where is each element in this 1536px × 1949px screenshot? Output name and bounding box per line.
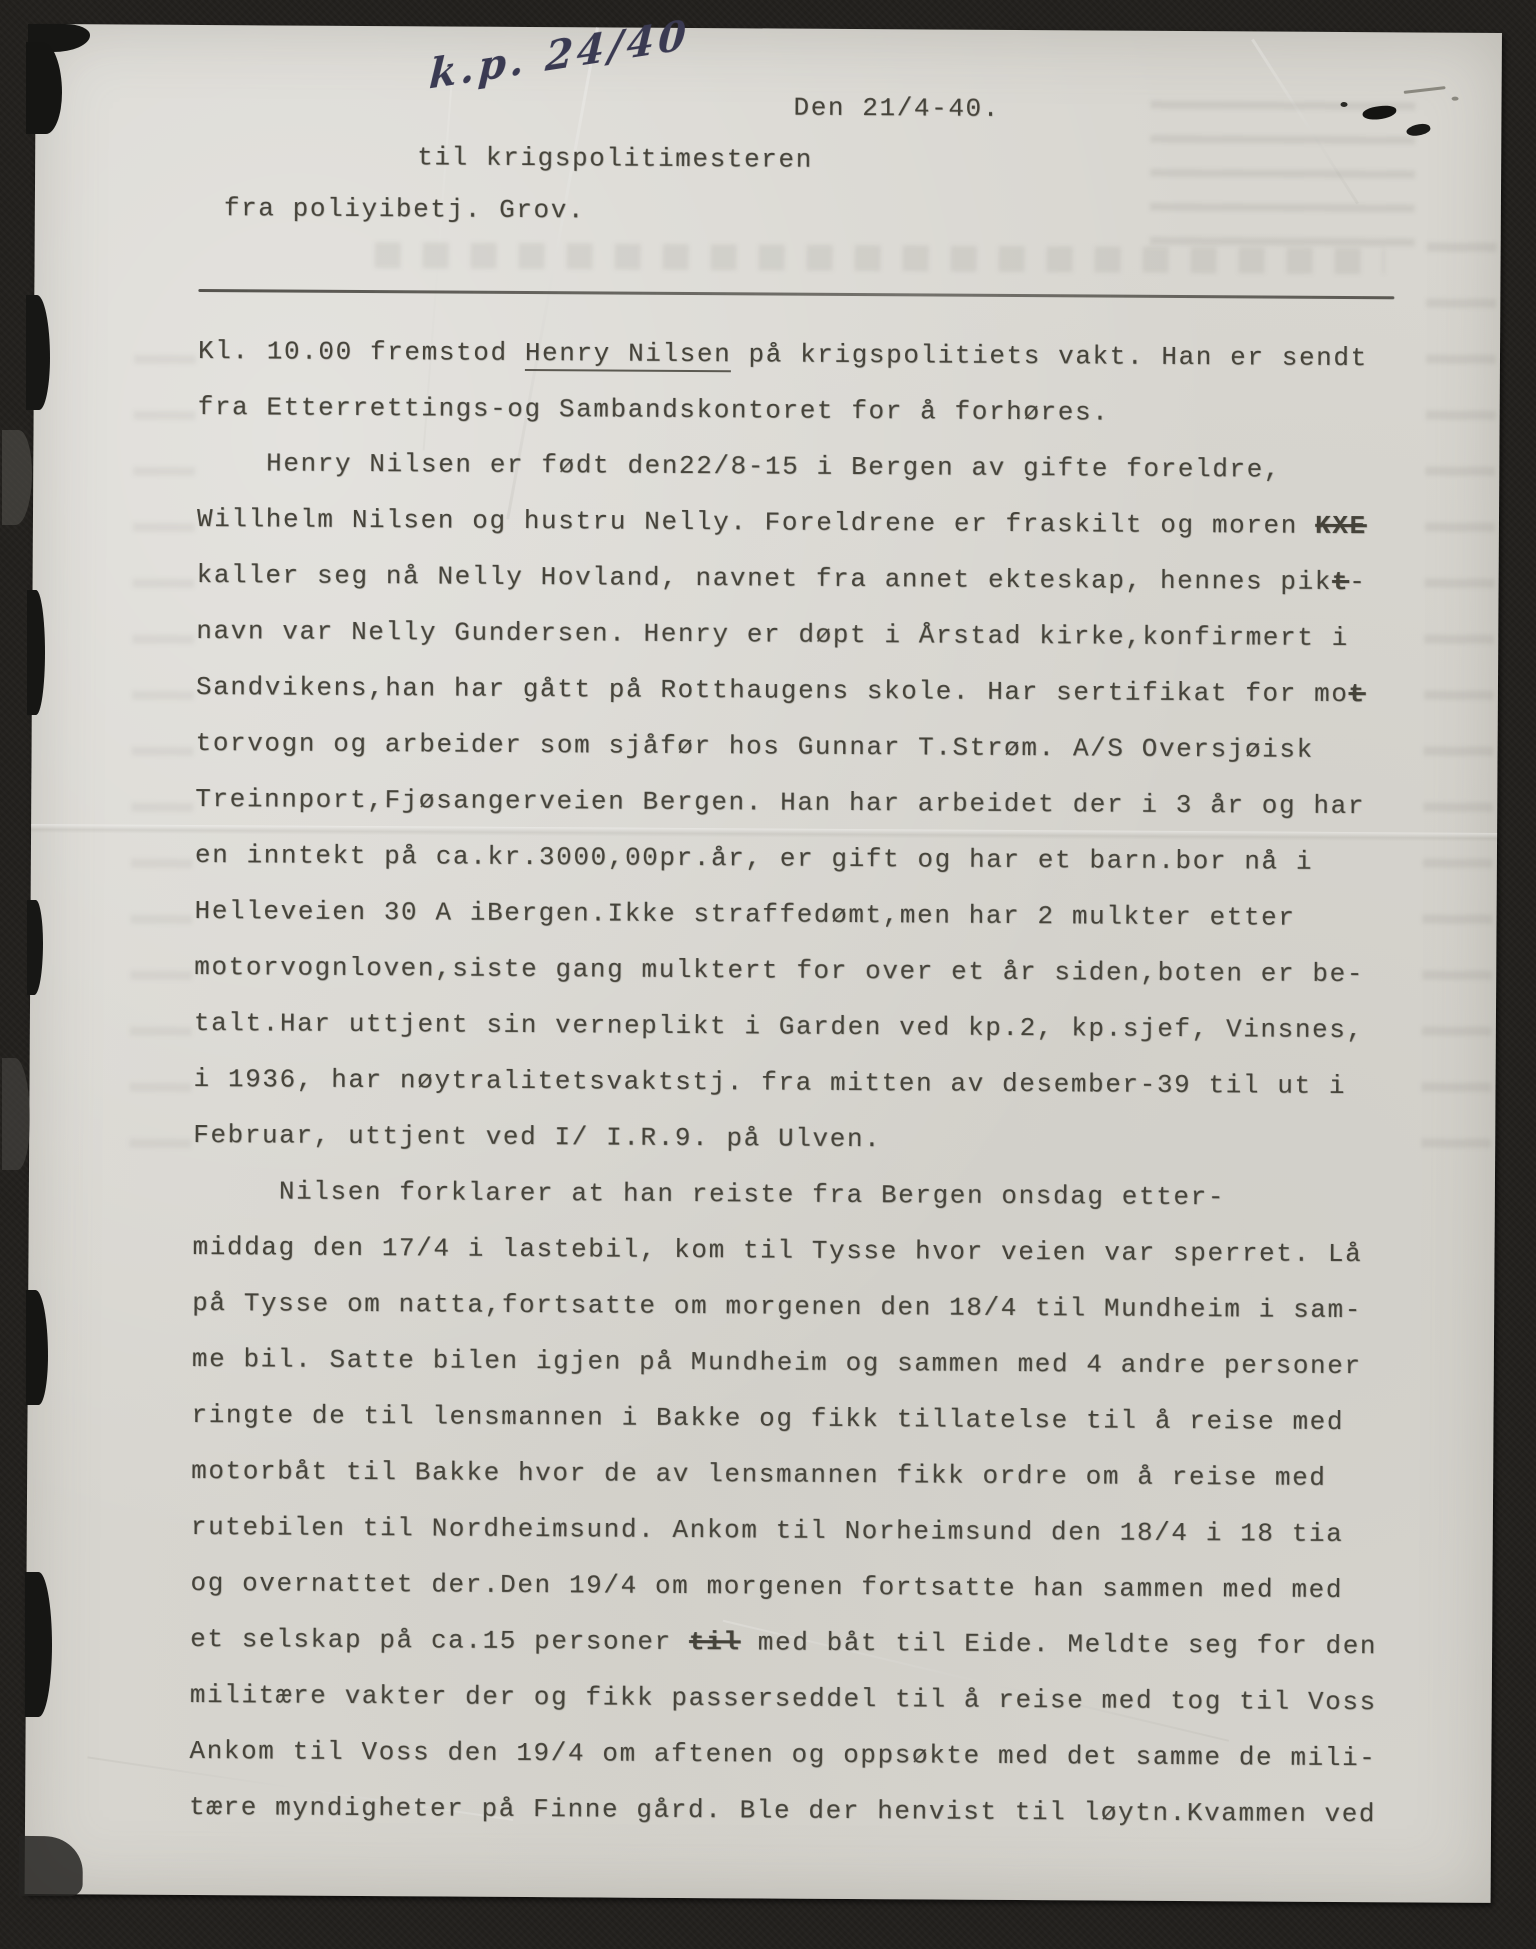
text-segment: en inntekt på ca.kr.3000,00pr.år, er gif… xyxy=(195,840,1313,877)
document-line: Nilsen forklarer at han reiste fra Berge… xyxy=(193,1163,1453,1227)
header-rule xyxy=(198,289,1394,299)
text-segment: tære myndigheter på Finne gård. Ble der … xyxy=(189,1792,1376,1829)
paper-hole xyxy=(1362,105,1397,121)
document-line: Sandvikens,han har gått på Rotthaugens s… xyxy=(196,659,1456,723)
text-segment: Willhelm Nilsen og hustru Nelly. Foreldr… xyxy=(197,504,1315,541)
text-segment: Sandvikens,han har gått på Rotthaugens s… xyxy=(196,672,1349,709)
document-line: Helleveien 30 A iBergen.Ikke straffedømt… xyxy=(194,883,1454,947)
document-page: k.p. 24/40 Den 21/4-40. til krigspolitim… xyxy=(25,24,1502,1903)
document-line: Willhelm Nilsen og hustru Nelly. Foreldr… xyxy=(197,491,1457,555)
text-segment: middag den 17/4 i lastebil, kom til Tyss… xyxy=(192,1232,1362,1269)
struck-text: til xyxy=(689,1627,741,1657)
document-line: et selskap på ca.15 personer til med båt… xyxy=(190,1611,1450,1675)
document-line: Februar, uttjent ved I/ I.R.9. på Ulven. xyxy=(193,1107,1453,1171)
text-segment: motorbåt til Bakke hvor de av lensmannen… xyxy=(191,1456,1327,1493)
document-line: talt.Har uttjent sin verneplikt i Garden… xyxy=(194,995,1454,1059)
document-line: motorvognloven,siste gang mulktert for o… xyxy=(194,939,1454,1003)
document-line: og overnattet der.Den 19/4 om morgenen f… xyxy=(190,1555,1450,1619)
paper-hole xyxy=(1405,122,1431,139)
text-segment: med båt til Eide. Meldte seg for den xyxy=(741,1627,1378,1661)
bleedthrough-smudge xyxy=(1150,101,1416,253)
text-segment: Treinnport,Fjøsangerveien Bergen. Han ha… xyxy=(195,784,1365,821)
document-line: me bil. Satte bilen igjen på Mundheim og… xyxy=(192,1331,1452,1395)
text-segment: talt.Har uttjent sin verneplikt i Garden… xyxy=(194,1008,1364,1045)
document-line: torvogn og arbeider som sjåfør hos Gunna… xyxy=(195,715,1455,779)
text-segment: rutebilen til Nordheimsund. Ankom til No… xyxy=(191,1512,1344,1549)
text-segment: Ankom til Voss den 19/4 om aftenen og op… xyxy=(189,1736,1376,1773)
pencil-mark xyxy=(1404,86,1446,94)
document-body: Kl. 10.00 fremstod Henry Nilsen på krigs… xyxy=(189,323,1458,1843)
text-segment: Henry Nilsen er født den22/8-15 i Bergen… xyxy=(197,448,1281,485)
ink-speck xyxy=(1341,102,1348,107)
recipient-line: til krigspolitimesteren xyxy=(417,142,813,174)
handwritten-journal-number: k.p. 24/40 xyxy=(428,11,691,99)
document-line: kaller seg nå Nelly Hovland, navnet fra … xyxy=(196,547,1456,611)
text-segment: Februar, uttjent ved I/ I.R.9. på Ulven. xyxy=(193,1120,881,1154)
text-segment: Kl. 10.00 fremstod xyxy=(198,336,525,368)
text-segment: fra Etterrettings-og Sambandskontoret fo… xyxy=(198,392,1110,428)
text-segment: på krigspolitiets vakt. Han er sendt xyxy=(731,339,1368,373)
torn-corner-shadow xyxy=(19,1836,83,1896)
pencil-mark xyxy=(1452,97,1459,101)
document-line: Kl. 10.00 fremstod Henry Nilsen på krigs… xyxy=(198,323,1458,387)
document-line: Ankom til Voss den 19/4 om aftenen og op… xyxy=(189,1723,1449,1787)
binder-edge-paper-scrap xyxy=(2,1058,30,1170)
document-line: middag den 17/4 i lastebil, kom til Tyss… xyxy=(192,1219,1452,1283)
text-segment: et selskap på ca.15 personer xyxy=(190,1624,689,1657)
binder-edge-paper-scrap xyxy=(2,430,32,525)
struck-text: t xyxy=(1332,567,1349,597)
text-segment: militære vakter der og fikk passerseddel… xyxy=(190,1680,1377,1717)
bleedthrough-smudge xyxy=(375,242,1385,274)
bleedthrough-smudge xyxy=(129,355,196,1175)
text-segment: Helleveien 30 A iBergen.Ikke straffedømt… xyxy=(194,896,1295,933)
document-line: Henry Nilsen er født den22/8-15 i Bergen… xyxy=(197,435,1457,499)
underlined-text: Henry Nilsen xyxy=(525,338,732,372)
document-line: militære vakter der og fikk passerseddel… xyxy=(190,1667,1450,1731)
text-segment: navn var Nelly Gundersen. Henry er døpt … xyxy=(196,616,1349,653)
document-line: i 1936, har nøytralitetsvaktstj. fra mit… xyxy=(193,1051,1453,1115)
text-segment: torvogn og arbeider som sjåfør hos Gunna… xyxy=(196,728,1314,765)
document-line: fra Etterrettings-og Sambandskontoret fo… xyxy=(197,379,1457,443)
text-segment: ringte de til lensmannen i Bakke og fikk… xyxy=(191,1400,1344,1437)
archive-photo-background: k.p. 24/40 Den 21/4-40. til krigspolitim… xyxy=(0,0,1536,1949)
document-line: navn var Nelly Gundersen. Henry er døpt … xyxy=(196,603,1456,667)
sender-line: fra poliyibetj. Grov. xyxy=(224,193,585,225)
struck-text: t xyxy=(1348,679,1365,709)
paper-crease xyxy=(1251,39,1359,205)
text-segment: kaller seg nå Nelly Hovland, navnet fra … xyxy=(197,560,1333,597)
document-line: Treinnport,Fjøsangerveien Bergen. Han ha… xyxy=(195,771,1455,835)
text-segment: Nilsen forklarer at han reiste fra Berge… xyxy=(193,1176,1225,1212)
document-line: ringte de til lensmannen i Bakke og fikk… xyxy=(191,1387,1451,1451)
document-line: på Tysse om natta,fortsatte om morgenen … xyxy=(192,1275,1452,1339)
text-segment: motorvognloven,siste gang mulktert for o… xyxy=(194,952,1364,989)
text-segment: me bil. Satte bilen igjen på Mundheim og… xyxy=(192,1344,1362,1381)
struck-text: KXE xyxy=(1315,511,1367,541)
text-segment: i 1936, har nøytralitetsvaktstj. fra mit… xyxy=(193,1064,1346,1101)
document-line: motorbåt til Bakke hvor de av lensmannen… xyxy=(191,1443,1451,1507)
document-line: rutebilen til Nordheimsund. Ankom til No… xyxy=(191,1499,1451,1563)
text-segment: på Tysse om natta,fortsatte om morgenen … xyxy=(192,1288,1362,1325)
document-line: tære myndigheter på Finne gård. Ble der … xyxy=(189,1779,1449,1843)
text-segment: og overnattet der.Den 19/4 om morgenen f… xyxy=(190,1568,1343,1605)
text-segment: - xyxy=(1349,567,1366,597)
document-line: en inntekt på ca.kr.3000,00pr.år, er gif… xyxy=(195,827,1455,891)
date-line: Den 21/4-40. xyxy=(793,93,1000,124)
